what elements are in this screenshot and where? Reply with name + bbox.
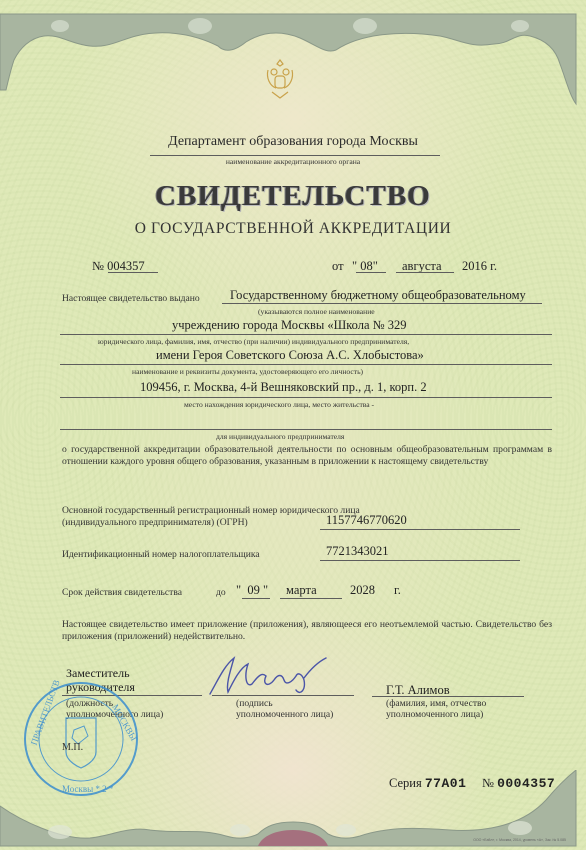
entrepreneur-underline [60, 429, 552, 430]
holder-line-2: учреждению города Москвы «Школа № 329 [172, 318, 406, 333]
ogrn-label-2: (индивидуального предпринимателя) (ОГРН) [62, 517, 248, 528]
number-underline [108, 272, 158, 273]
ogrn-value: 1157746770620 [326, 513, 407, 528]
issue-day: 08 [360, 259, 373, 273]
svg-text:ПРАВИТЕЛЬСТВО: ПРАВИТЕЛЬСТВО [29, 680, 64, 746]
name-underline [372, 696, 524, 697]
holder-underline-2 [60, 334, 552, 335]
certificate-number: 004357 [107, 259, 145, 273]
coat-of-arms-icon [262, 56, 298, 102]
holder-underline-1 [222, 303, 542, 304]
blank-number-row: № 0004357 [482, 776, 555, 791]
validity-year: 2028 [350, 583, 375, 598]
appendix-text: Настоящее свидетельство имеет приложение… [62, 619, 552, 643]
caption-identity-document: наименование и реквизиты документа, удос… [132, 367, 363, 376]
document-title: СВИДЕТЕЛЬСТВО [0, 180, 586, 213]
validity-month-underline [280, 598, 342, 599]
seal-label: М.П. [62, 742, 83, 753]
inn-underline [320, 560, 520, 561]
authority-underline [150, 155, 440, 156]
caption-location: место нахождения юридического лица, мест… [184, 400, 374, 409]
day-underline [356, 272, 386, 273]
number-label: № [92, 259, 104, 273]
accreditation-text: о государственной аккредитации образоват… [62, 444, 552, 468]
month-underline [396, 272, 454, 273]
caption-entrepreneur: для индивидуального предпринимателя [216, 432, 344, 441]
validity-label: Срок действия свидетельства [62, 587, 182, 598]
signer-position-1: Заместитель [66, 666, 130, 681]
printer-note: ООО «Бэйл», г. Москва, 2014, уровень «А»… [473, 838, 566, 842]
series-value: 77А01 [425, 776, 467, 791]
blank-number: 0004357 [497, 776, 555, 791]
holder-line-1: Государственному бюджетному общеобразова… [230, 288, 526, 303]
name-caption-1: (фамилия, имя, отчество [386, 698, 486, 709]
name-caption-2: уполномоченного лица) [386, 709, 483, 720]
accreditation-authority: Департамент образования города Москвы [0, 134, 586, 150]
signature-caption-1: (подпись [236, 698, 273, 709]
validity-year-suffix: г. [394, 583, 401, 598]
date-from-label: от [332, 259, 344, 274]
validity-until-label: до [216, 587, 226, 598]
holder-line-3: имени Героя Советского Союза А.С. Хлобыс… [156, 348, 424, 363]
address-underline [60, 397, 552, 398]
issue-year: 2016 [462, 259, 487, 273]
authority-caption: наименование аккредитационного органа [0, 157, 586, 166]
ogrn-label-1: Основной государственный регистрационный… [62, 505, 360, 516]
validity-day: 09 [247, 583, 260, 597]
signature-caption-2: уполномоченного лица) [236, 709, 333, 720]
series-row: Серия 77А01 [389, 776, 466, 791]
validity-month: марта [286, 583, 317, 598]
validity-day-row: " 09 " [236, 583, 268, 598]
issued-to-label: Настоящее свидетельство выдано [62, 293, 200, 304]
signature [200, 650, 340, 700]
caption-legal-entity: юридического лица, фамилия, имя, отчеств… [98, 337, 409, 346]
document-subtitle: О ГОСУДАРСТВЕННОЙ АККРЕДИТАЦИИ [0, 220, 586, 238]
validity-day-underline [242, 598, 270, 599]
caption-full-name: (указываются полное наименование [258, 307, 375, 316]
ogrn-underline [320, 529, 520, 530]
holder-address: 109456, г. Москва, 4-й Вешняковский пр.,… [140, 380, 427, 395]
issue-year-row: 2016 г. [462, 259, 497, 274]
blank-number-label: № [482, 776, 494, 790]
holder-underline-3 [60, 364, 552, 365]
inn-label: Идентификационный номер налогоплательщик… [62, 549, 260, 560]
series-label: Серия [389, 776, 422, 790]
signature-underline [212, 695, 354, 696]
inn-value: 7721343021 [326, 544, 389, 559]
